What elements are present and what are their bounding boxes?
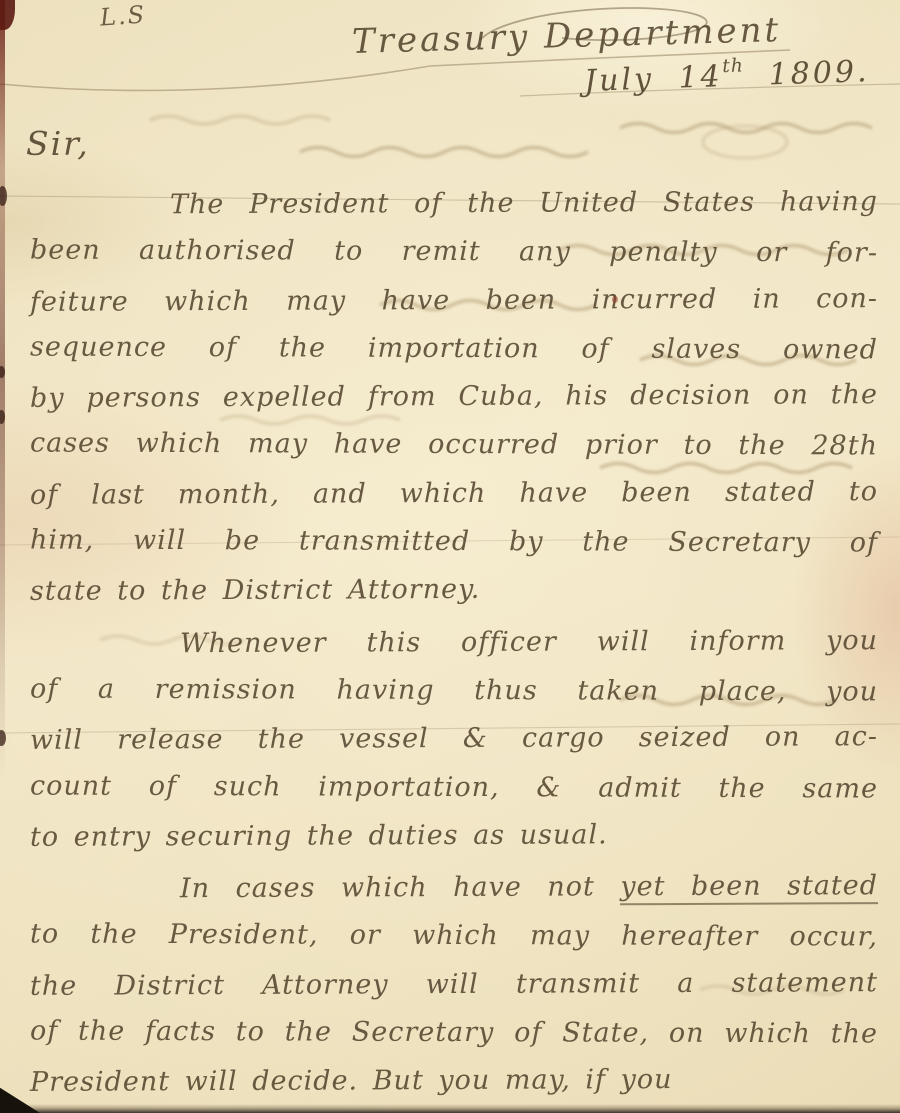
ink-speck (612, 296, 618, 303)
scan-edge-left (0, 0, 5, 780)
letter-line: President will decide. But you may, if y… (30, 1055, 878, 1107)
edge-ink-mark (0, 186, 7, 206)
letter-line: been authorised to remit any penalty or … (30, 227, 878, 278)
date-year: 1809. (768, 54, 870, 92)
letter-line: by persons expelled from Cuba, his decis… (30, 371, 878, 423)
letter-line: the District Attorney will transmit a st… (30, 959, 878, 1011)
letter-line: to entry securing the duties as usual. (30, 810, 878, 862)
date-ordinal-suffix: th (722, 55, 744, 77)
letter-line: In cases which have not yet been stated (30, 862, 878, 914)
letter-line: cases which may have occurred prior to t… (30, 420, 878, 471)
letter-line: sequence of the importation of slaves ow… (30, 323, 878, 374)
paragraph-3: In cases which have not yet been stated … (30, 864, 878, 1105)
letter-line: of the facts to the Secretary of State, … (30, 1008, 878, 1059)
letter-line: will release the vessel & cargo seized o… (30, 713, 878, 765)
paragraph-2: Whenever this officer will inform you of… (30, 619, 878, 860)
ls-annotation: L.S (99, 0, 147, 31)
letter-line: to the President, or which may hereafter… (30, 911, 878, 962)
underlined-text: yet been stated (620, 870, 878, 905)
line-text: In cases which have not (180, 871, 620, 904)
paragraph-1: The President of the United States havin… (30, 180, 878, 615)
letterhead-date: July 14th 1809. (583, 51, 870, 99)
letter-page: L.S Treasury Department July 14th 1809. … (0, 0, 900, 1113)
edge-ink-mark (0, 730, 6, 746)
letter-line: count of such importation, & admit the s… (30, 762, 878, 813)
letter-line: of last month, and which have been state… (30, 468, 878, 520)
letter-line: him, will be transmitted by the Secretar… (30, 517, 878, 568)
letterhead-office: Treasury Department (352, 10, 782, 62)
letter-line: state to the District Attorney. (30, 565, 878, 617)
letter-line: The President of the United States havin… (30, 178, 878, 230)
scan-corner-top-left (0, 0, 15, 30)
letter-line: of a remission having thus taken place, … (30, 665, 878, 716)
date-day: July 14 (584, 59, 724, 99)
letter-line: feiture which may have been incurred in … (30, 275, 878, 327)
letter-line: Whenever this officer will inform you (30, 617, 878, 669)
salutation: Sir, (26, 124, 90, 163)
letter-body: The President of the United States havin… (30, 180, 878, 1106)
scan-edge-bottom (0, 1104, 900, 1113)
